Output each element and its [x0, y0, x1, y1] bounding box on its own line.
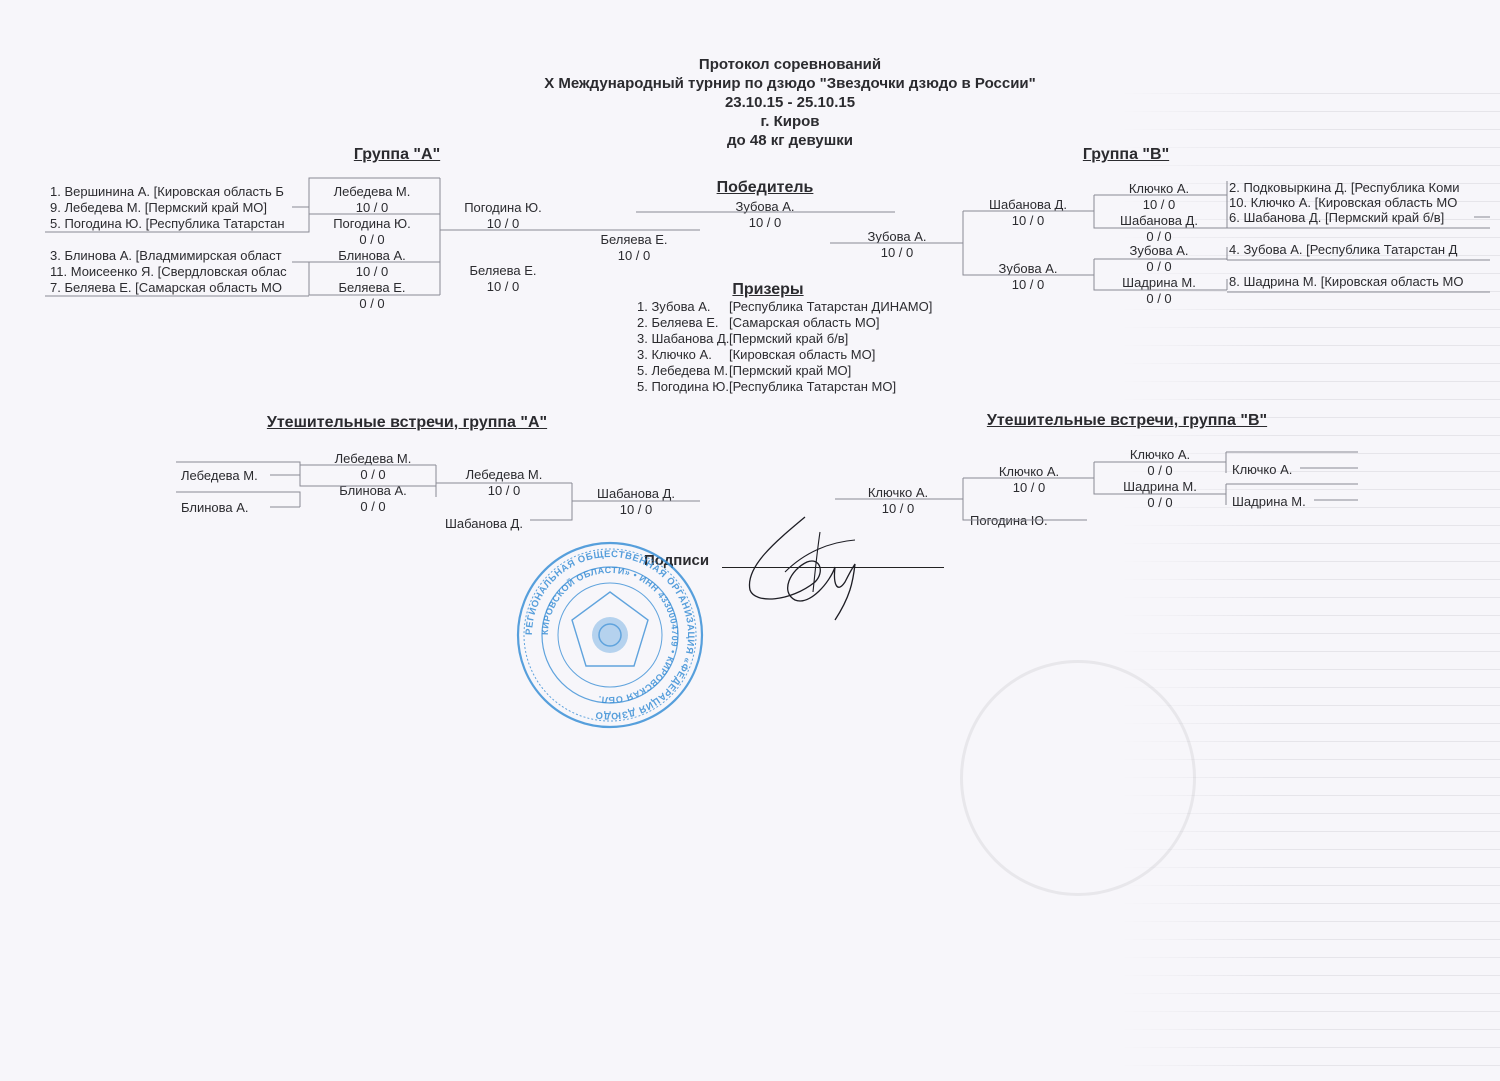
group-b-final-name: Зубова А.: [867, 229, 926, 244]
winner-title: Победитель: [717, 180, 814, 195]
official-stamp: РЕГИОНАЛЬНАЯ ОБЩЕСТВЕННАЯ ОРГАНИЗАЦИЯ «Ф…: [515, 540, 705, 730]
reverse-side-seal-ghost: [960, 660, 1196, 896]
group-b-r1-name: Шадрина М.: [1122, 275, 1196, 290]
prize-item: 1. Зубова А.[Республика Татарстан ДИНАМО…: [637, 299, 932, 314]
tournament-name: X Международный турнир по дзюдо "Звездоч…: [544, 75, 1036, 92]
tournament-dates: 23.10.15 - 25.10.15: [725, 94, 855, 111]
group-a-entrant: 1. Вершинина А. [Кировская область Б: [50, 184, 306, 199]
group-b-r2-score: 10 / 0: [1012, 213, 1045, 228]
weight-category: до 48 кг девушки: [727, 132, 853, 149]
group-a-r1-score: 0 / 0: [359, 232, 384, 247]
group-b-entrant: 10. Ключко А. [Кировская область МО: [1229, 195, 1489, 210]
consolation-a-entrant: Лебедева М.: [181, 468, 258, 483]
group-a-r1-name: Блинова А.: [338, 248, 406, 263]
reverse-side-bleed-through: [1120, 80, 1500, 1080]
group-b-entrant: 4. Зубова А. [Республика Татарстан Д: [1229, 242, 1489, 257]
consolation-b-bye: Погодина Ю.: [970, 513, 1048, 528]
group-a-r2-name: Беляева Е.: [469, 263, 536, 278]
group-b-entrant: 2. Подковыркина Д. [Республика Коми: [1229, 180, 1489, 195]
group-b-r2-name: Шабанова Д.: [989, 197, 1067, 212]
consolation-a-r1-name: Блинова А.: [339, 483, 407, 498]
consolation-a-r1-score: 0 / 0: [360, 467, 385, 482]
consolation-b-r2-score: 10 / 0: [1013, 480, 1046, 495]
group-b-r2-name: Зубова А.: [998, 261, 1057, 276]
consolation-b-r1-score: 0 / 0: [1147, 495, 1172, 510]
group-a-r1-name: Беляева Е.: [338, 280, 405, 295]
prize-item: 3. Ключко А.[Кировская область МО]: [637, 347, 875, 362]
group-a-r1-score: 10 / 0: [356, 264, 389, 279]
group-b-final-score: 10 / 0: [881, 245, 914, 260]
group-b-r2-score: 10 / 0: [1012, 277, 1045, 292]
prize-item: 2. Беляева Е.[Самарская область МО]: [637, 315, 879, 330]
prize-item: 5. Лебедева М.[Пермский край МО]: [637, 363, 851, 378]
group-b-r1-name: Зубова А.: [1129, 243, 1188, 258]
protocol-title: Протокол соревнований: [699, 56, 881, 73]
group-a-r2-score: 10 / 0: [487, 216, 520, 231]
consolation-a-entrant: Блинова А.: [181, 500, 249, 515]
group-b-r1-score: 0 / 0: [1146, 259, 1171, 274]
group-a-r1-name: Погодина Ю.: [333, 216, 411, 231]
consolation-a-r1-score: 0 / 0: [360, 499, 385, 514]
handwritten-signature: [735, 512, 895, 622]
group-b-r1-name: Ключко А.: [1129, 181, 1189, 196]
consolation-b-entrant: Ключко А.: [1232, 462, 1292, 477]
group-a-r1-score: 10 / 0: [356, 200, 389, 215]
tournament-city: г. Киров: [760, 113, 819, 130]
protocol-page: Протокол соревнований X Международный ту…: [0, 0, 1500, 1081]
group-a-entrant: 11. Моисеенко Я. [Свердловская облас: [50, 264, 306, 279]
winner-score: 10 / 0: [749, 215, 782, 230]
consolation-b-title: Утешительные встречи, группа "В": [987, 413, 1267, 428]
group-a-final-name: Беляева Е.: [600, 232, 667, 247]
consolation-b-r2-name: Ключко А.: [999, 464, 1059, 479]
consolation-b-entrant: Шадрина М.: [1232, 494, 1306, 509]
consolation-b-r1-name: Ключко А.: [1130, 447, 1190, 462]
consolation-a-r2-score: 10 / 0: [488, 483, 521, 498]
consolation-b-r1-name: Шадрина М.: [1123, 479, 1197, 494]
consolation-a-final-name: Шабанова Д.: [597, 486, 675, 501]
group-a-entrant: 5. Погодина Ю. [Республика Татарстан: [50, 216, 306, 231]
group-a-entrant: 9. Лебедева М. [Пермский край МО]: [50, 200, 306, 215]
winner-name: Зубова А.: [735, 199, 794, 214]
group-b-entrant: 6. Шабанова Д. [Пермский край б/в]: [1229, 210, 1489, 225]
prize-item: 5. Погодина Ю.[Республика Татарстан МО]: [637, 379, 896, 394]
group-a-entrant: 3. Блинова А. [Владмимирская област: [50, 248, 306, 263]
group-a-title: Группа "А": [354, 147, 440, 162]
group-a-r1-score: 0 / 0: [359, 296, 384, 311]
consolation-a-r2-name: Лебедева М.: [466, 467, 543, 482]
group-b-r1-score: 0 / 0: [1146, 291, 1171, 306]
prize-item: 3. Шабанова Д.[Пермский край б/в]: [637, 331, 848, 346]
consolation-a-final-score: 10 / 0: [620, 502, 653, 517]
consolation-a-title: Утешительные встречи, группа "А": [267, 415, 547, 430]
group-b-title: Группа "В": [1083, 147, 1169, 162]
consolation-a-r1-name: Лебедева М.: [335, 451, 412, 466]
group-a-r1-name: Лебедева М.: [334, 184, 411, 199]
consolation-a-bye: Шабанова Д.: [445, 516, 523, 531]
group-b-r1-score: 0 / 0: [1146, 229, 1171, 244]
group-b-entrant: 8. Шадрина М. [Кировская область МО: [1229, 274, 1489, 289]
prizes-title: Призеры: [732, 282, 803, 297]
group-a-r2-score: 10 / 0: [487, 279, 520, 294]
group-b-r1-score: 10 / 0: [1143, 197, 1176, 212]
group-a-entrant: 7. Беляева Е. [Самарская область МО: [50, 280, 306, 295]
consolation-b-final-name: Ключко А.: [868, 485, 928, 500]
consolation-b-r1-score: 0 / 0: [1147, 463, 1172, 478]
group-a-r2-name: Погодина Ю.: [464, 200, 542, 215]
group-b-r1-name: Шабанова Д.: [1120, 213, 1198, 228]
group-a-final-score: 10 / 0: [618, 248, 651, 263]
